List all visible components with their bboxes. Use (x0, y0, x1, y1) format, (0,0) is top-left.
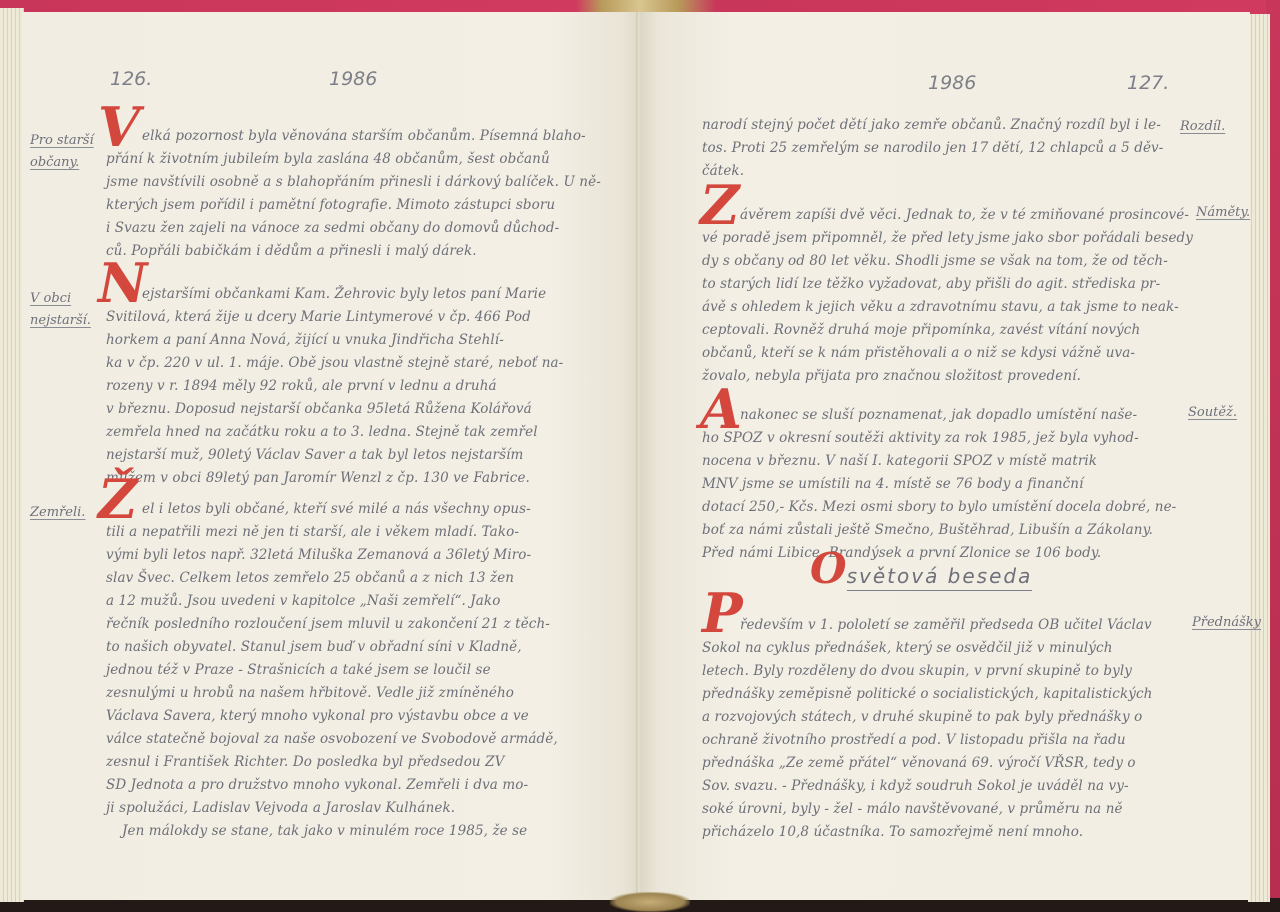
paragraph-suggestions: ávěrem zapíši dvě věci. Jednak to, že v … (740, 204, 1193, 388)
text-line: zesnul i František Richter. Do posledka … (106, 751, 558, 774)
text-line: to starých lidí lze těžko vyžadovat, aby… (702, 273, 1193, 296)
right-page: 1986 127. narodí stejný počet dětí jako … (640, 12, 1250, 900)
text-line: vými byli letos např. 32letá Miluška Zem… (106, 544, 558, 567)
text-line: řečník posledního rozloučení jsem mluvil… (106, 613, 558, 636)
paragraph-oldest: ejstaršími občankami Kam. Žehrovic byly … (142, 283, 563, 490)
text-line: dy s občany od 80 let věku. Shodli jsme … (702, 250, 1193, 273)
text-line: tos. Proti 25 zemřelým se narodilo jen 1… (702, 137, 1163, 160)
text-line: ji spolužáci, Ladislav Vejvoda a Jarosla… (106, 797, 558, 820)
text-line: nocena v březnu. V naší I. kategorii SPO… (702, 450, 1176, 473)
margin-note-line: Zemřeli. (30, 502, 85, 524)
text-line: Sov. svazu. - Přednášky, i když soudruh … (702, 775, 1152, 798)
chapter-title-text: světová beseda (847, 564, 1033, 591)
text-line: přání k životním jubileím byla zaslána 4… (106, 148, 601, 171)
margin-note-lectures: Přednášky (1192, 612, 1261, 634)
margin-note-line: nejstarší. (30, 310, 91, 332)
text-line: Václava Savera, který mnoho vykonal pro … (106, 705, 558, 728)
text-line: nejstarší muž, 90letý Václav Saver a tak… (106, 444, 563, 467)
text-line: rozeny v r. 1894 měly 92 roků, ale první… (106, 375, 563, 398)
margin-note-line: Náměty. (1196, 202, 1250, 224)
text-line: Svitilová, která žije u dcery Marie Lint… (106, 306, 563, 329)
text-line: přednášky zeměpisně politické o socialis… (702, 683, 1152, 706)
margin-note-oldest: V obci nejstarší. (30, 288, 91, 332)
drop-cap-n: N (98, 256, 147, 310)
text-line: nakonec se sluší poznamenat, jak dopadlo… (740, 404, 1176, 427)
text-line: slav Švec. Celkem letos zemřelo 25 občan… (106, 567, 558, 590)
text-line: válce statečně bojoval za naše osvobozen… (106, 728, 558, 751)
page-year: 1986 (928, 72, 976, 94)
chapter-title-cap: O (810, 544, 847, 593)
text-line: letech. Byly rozděleny do dvou skupin, v… (702, 660, 1152, 683)
left-page: 126. 1986 Pro starší občany. V elká pozo… (22, 12, 642, 900)
text-line: ců. Popřáli babičkám i dědům a přinesli … (106, 240, 601, 263)
drop-cap-p: P (702, 586, 743, 640)
text-line: zemřela hned na začátku roku a to 3. led… (106, 421, 563, 444)
margin-note-line: Přednášky (1192, 612, 1261, 634)
drop-cap-v: V (98, 100, 140, 154)
paragraph-deceased: el i letos byli občané, kteří své milé a… (142, 498, 558, 843)
text-line: to našich obyvatel. Stanul jsem buď v ob… (106, 636, 558, 659)
margin-note-line: V obci (30, 288, 91, 310)
drop-cap-z-caron: Ž (98, 472, 137, 526)
text-line: MNV jsme se umístili na 4. místě se 76 b… (702, 473, 1176, 496)
text-line: jsme navštívili osobně a s blahopřáním p… (106, 171, 601, 194)
text-line: Jen málokdy se stane, tak jako v minulém… (122, 820, 558, 843)
margin-note-elderly: Pro starší občany. (30, 130, 94, 174)
text-line: ávě s ohledem k jejich věku a zdravotním… (702, 296, 1193, 319)
margin-note-line: občany. (30, 152, 94, 174)
text-line: SD Jednota a pro družstvo mnoho vykonal.… (106, 774, 558, 797)
text-line: horkem a paní Anna Nová, žijící u vnuka … (106, 329, 563, 352)
text-line: Sokol na cyklus přednášek, který se osvě… (702, 637, 1152, 660)
chapter-title: Osvětová beseda (810, 544, 1032, 593)
page-stack-right (1248, 14, 1270, 902)
text-line: čátek. (702, 160, 1163, 183)
margin-note-deceased: Zemřeli. (30, 502, 85, 524)
text-line: tili a nepatřili mezi ně jen ti starší, … (106, 521, 558, 544)
text-line: narodí stejný počet dětí jako zemře obča… (702, 114, 1163, 137)
paragraph-competition: nakonec se sluší poznamenat, jak dopadlo… (740, 404, 1176, 565)
text-line: přicházelo 10,8 účastníka. To samozřejmě… (702, 821, 1152, 844)
text-line: ho SPOZ v okresní soutěži aktivity za ro… (702, 427, 1176, 450)
text-line: přednáška „Ze země přátel“ věnovaná 69. … (702, 752, 1152, 775)
text-line: jednou též v Praze - Strašnicích a také … (106, 659, 558, 682)
text-line: ávěrem zapíši dvě věci. Jednak to, že v … (740, 204, 1193, 227)
text-line: vé poradě jsem připomněl, že před lety j… (702, 227, 1193, 250)
paragraph-continuation: narodí stejný počet dětí jako zemře obča… (702, 114, 1163, 183)
page-number: 126. (110, 68, 152, 90)
text-line: ředevším v 1. pololetí se zaměřil předse… (740, 614, 1152, 637)
page-stack-left (0, 8, 24, 902)
text-line: boť za námi zůstali ještě Smečno, Buštěh… (702, 519, 1176, 542)
text-line: občanů, kteří se k nám přistěhovali a o … (702, 342, 1193, 365)
margin-note-line: Soutěž. (1188, 402, 1237, 424)
text-line: mužem v obci 89letý pan Jaromír Wenzl z … (106, 467, 563, 490)
text-line: žovalo, nebyla přijata pro značnou složi… (702, 365, 1193, 388)
text-line: soké úrovni, byly - žel - málo navštěvov… (702, 798, 1152, 821)
text-line: dotací 250,- Kčs. Mezi osmi sbory to byl… (702, 496, 1176, 519)
text-line: ejstaršími občankami Kam. Žehrovic byly … (142, 283, 563, 306)
text-line: kterých jsem pořídil i pamětní fotografi… (106, 194, 601, 217)
margin-note-line: Rozdíl. (1180, 116, 1225, 138)
text-line: a 12 mužů. Jsou uvedeni v kapitolce „Naš… (106, 590, 558, 613)
paragraph-lectures: ředevším v 1. pololetí se zaměřil předse… (740, 614, 1152, 844)
drop-cap-z: Z (700, 178, 739, 232)
text-line: zesnulými u hrobů na našem hřbitově. Ved… (106, 682, 558, 705)
margin-note-difference: Rozdíl. (1180, 116, 1225, 138)
text-line: v březnu. Doposud nejstarší občanka 95le… (106, 398, 563, 421)
page-number: 127. (1127, 72, 1169, 94)
text-line: elká pozornost byla věnována starším obč… (142, 125, 601, 148)
paragraph-elderly: elká pozornost byla věnována starším obč… (142, 125, 601, 263)
text-line: i Svazu žen zajeli na vánoce za sedmi ob… (106, 217, 601, 240)
margin-note-suggestions: Náměty. (1196, 202, 1250, 224)
margin-note-line: Pro starší (30, 130, 94, 152)
text-line: ceptovali. Rovněž druhá moje připomínka,… (702, 319, 1193, 342)
text-line: el i letos byli občané, kteří své milé a… (142, 498, 558, 521)
text-line: ochraně životního prostředí a pod. V lis… (702, 729, 1152, 752)
page-year: 1986 (329, 68, 377, 90)
text-line: ka v čp. 220 v ul. 1. máje. Obě jsou vla… (106, 352, 563, 375)
text-line: a rozvojových státech, v druhé skupině t… (702, 706, 1152, 729)
bookmark-ribbon (610, 892, 690, 912)
margin-note-competition: Soutěž. (1188, 402, 1237, 424)
